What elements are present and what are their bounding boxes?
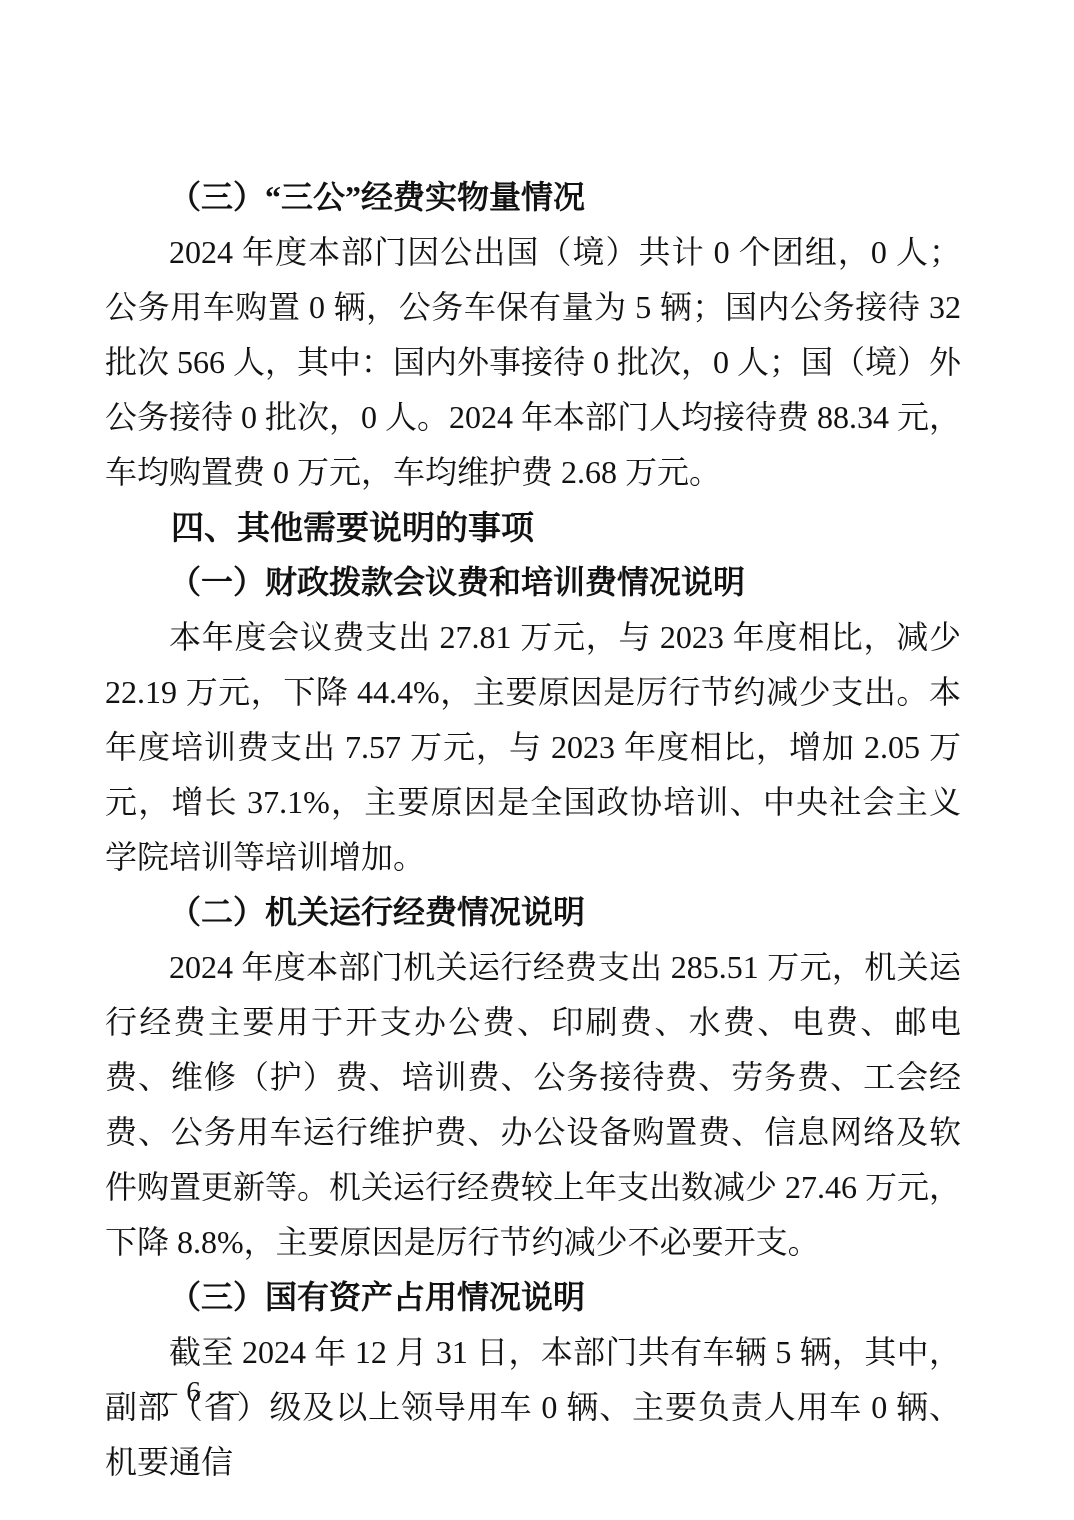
- page-number: — 6 —: [148, 1372, 240, 1412]
- paragraph-agency-operating-funds: 2024 年度本部门机关运行经费支出 285.51 万元，机关运行经费主要用于开…: [105, 940, 961, 1270]
- heading-sangong-physical-quantities: （三）“三公”经费实物量情况: [105, 170, 961, 225]
- heading-agency-operating-funds: （二）机关运行经费情况说明: [105, 885, 961, 940]
- heading-state-assets-occupancy: （三）国有资产占用情况说明: [105, 1270, 961, 1325]
- document-body: （三）“三公”经费实物量情况 2024 年度本部门因公出国（境）共计 0 个团组…: [105, 170, 961, 1490]
- document-page: （三）“三公”经费实物量情况 2024 年度本部门因公出国（境）共计 0 个团组…: [0, 0, 1074, 1520]
- paragraph-sangong-physical-quantities: 2024 年度本部门因公出国（境）共计 0 个团组，0 人；公务用车购置 0 辆…: [105, 225, 961, 500]
- heading-part4-other-matters: 四、其他需要说明的事项: [105, 500, 961, 555]
- paragraph-meeting-training-fees: 本年度会议费支出 27.81 万元，与 2023 年度相比，减少 22.19 万…: [105, 610, 961, 885]
- heading-meeting-training-fees: （一）财政拨款会议费和培训费情况说明: [105, 555, 961, 610]
